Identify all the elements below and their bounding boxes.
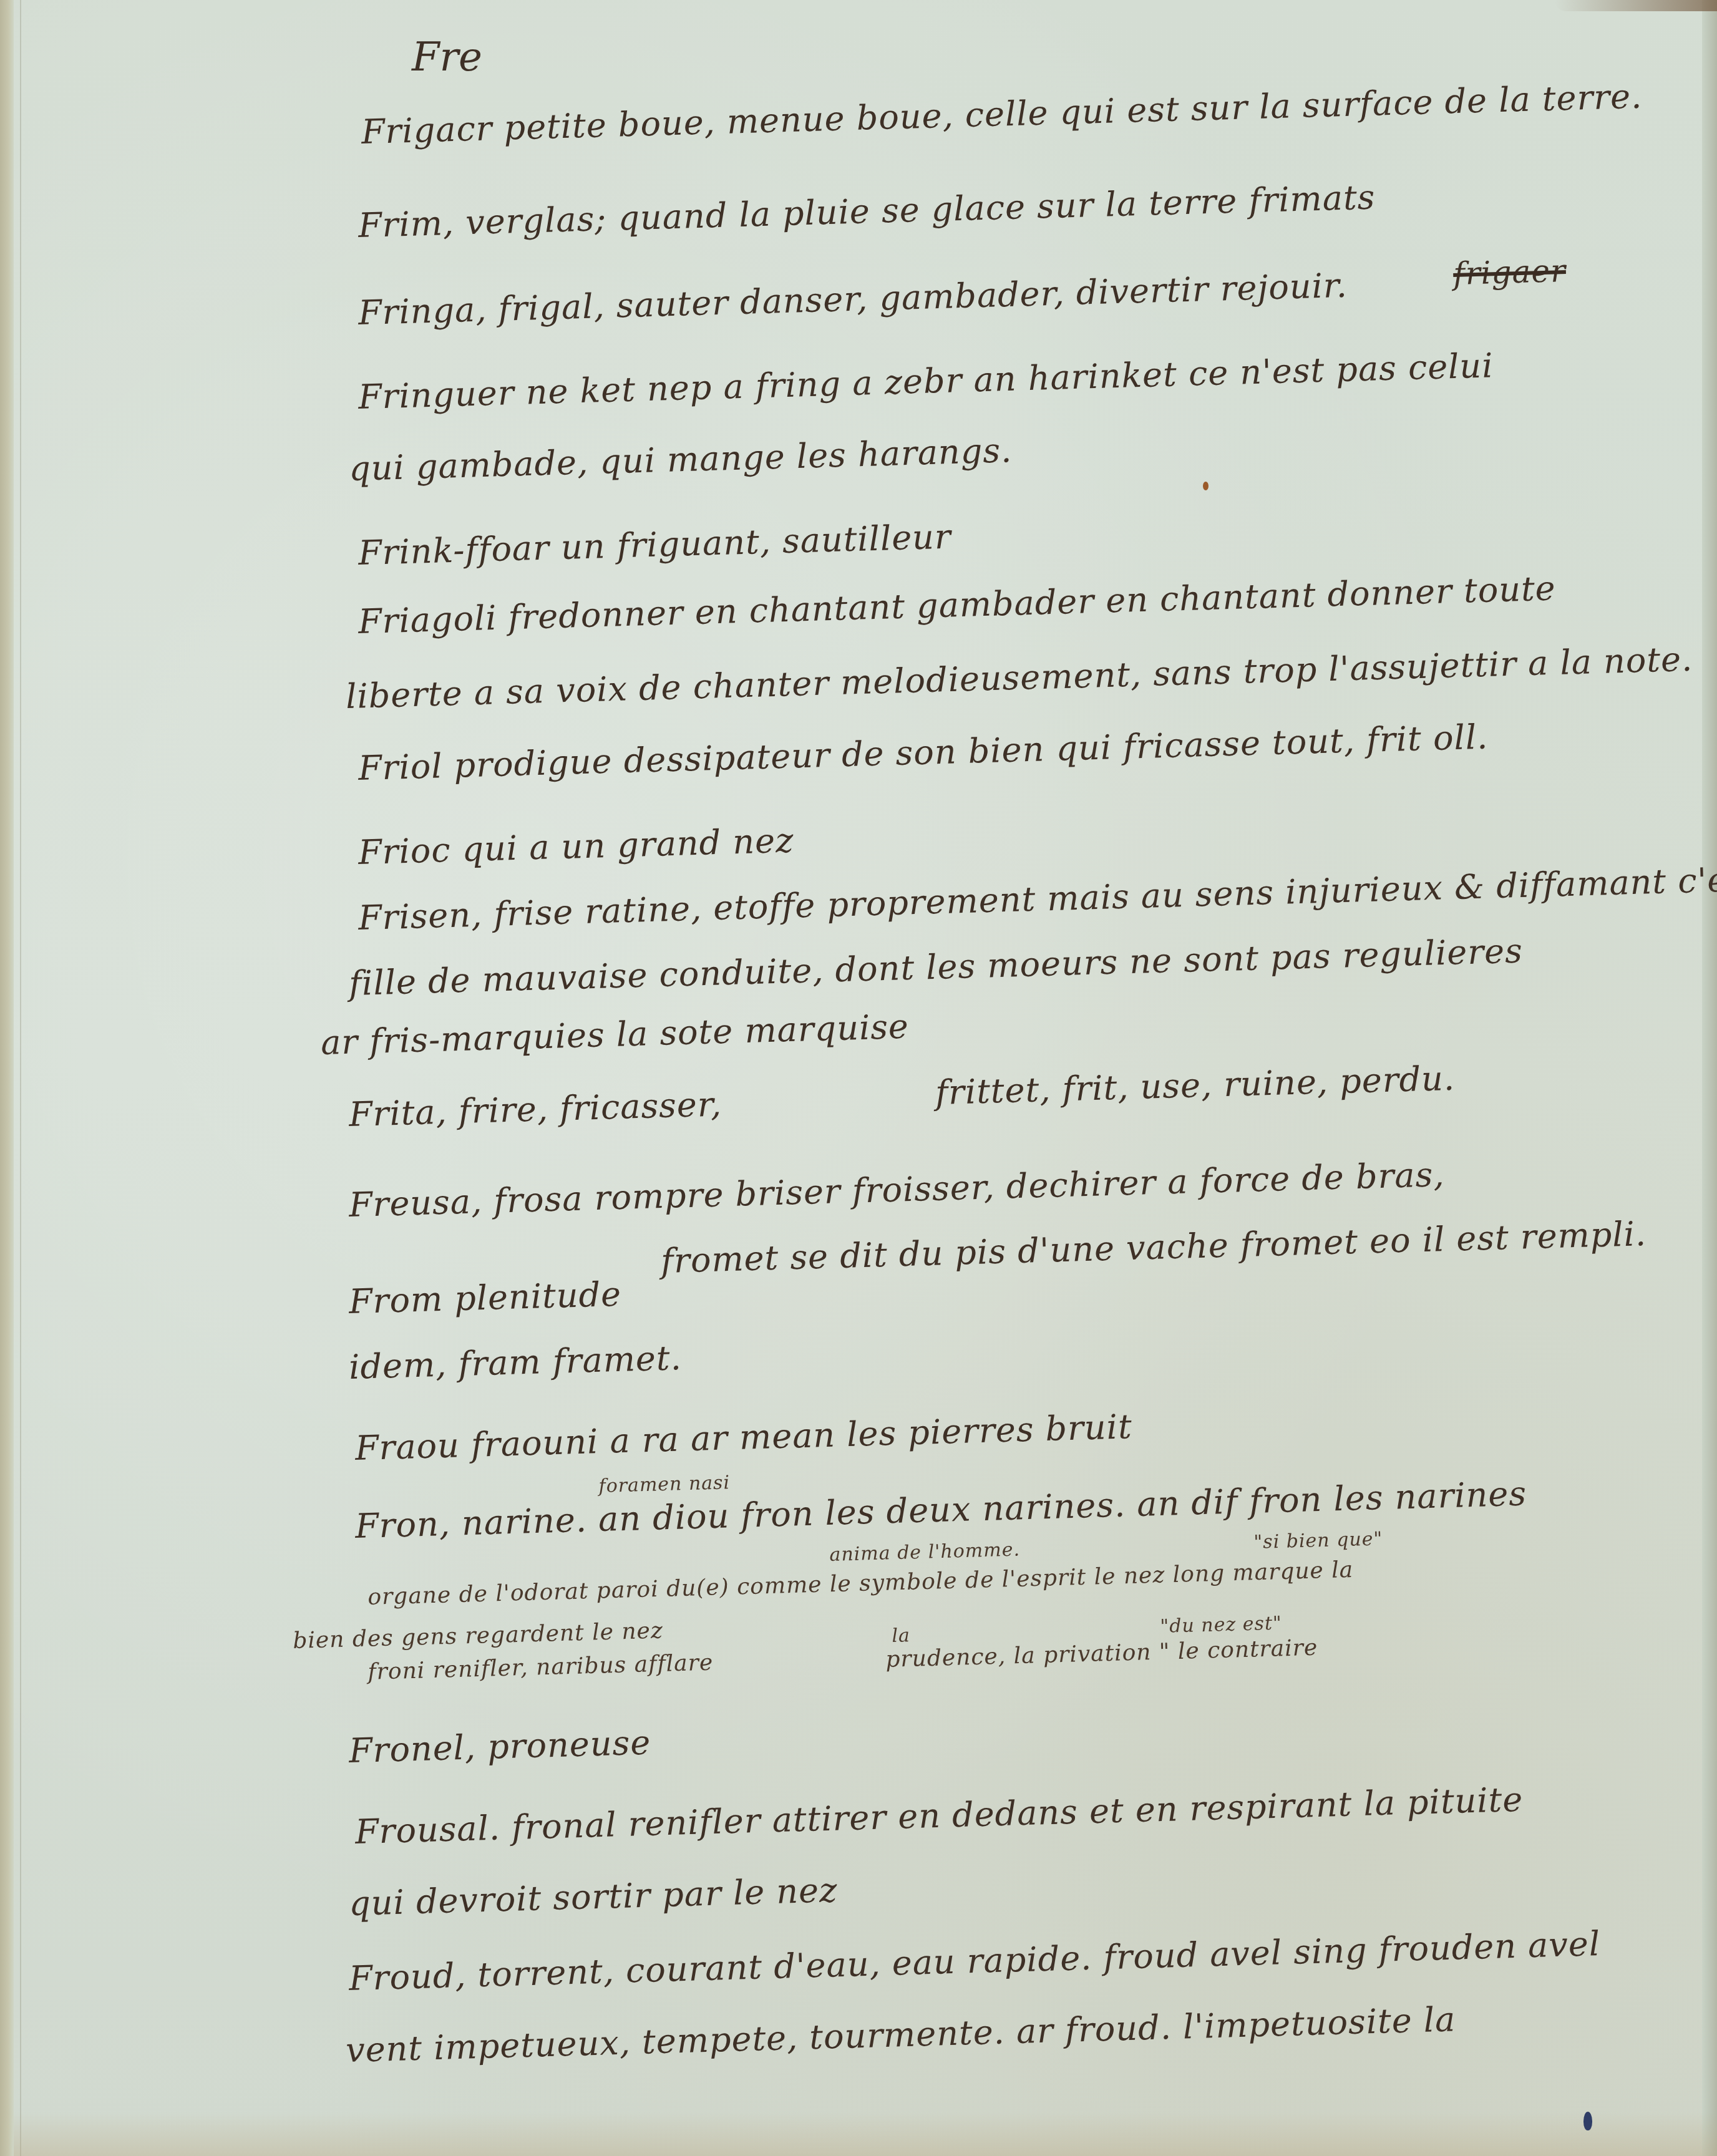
- interlinear-si-bien-que: "si bien que": [1253, 1528, 1383, 1553]
- blue-ink-blot: [1583, 2112, 1592, 2130]
- page-header: Fre: [412, 34, 482, 80]
- brown-ink-spot: [1203, 482, 1209, 490]
- interlinear-la: la: [892, 1624, 910, 1647]
- page-right-edge: [1702, 0, 1717, 2156]
- interlinear-foramen-nasi: foramen nasi: [598, 1472, 731, 1497]
- interlinear-du-nez-est: "du nez est": [1160, 1613, 1282, 1638]
- top-corner-stain: [1555, 0, 1717, 11]
- page-margin-edge: [14, 0, 21, 2156]
- struck-word-frigaer: frigaer: [1452, 253, 1566, 292]
- entry-line-fronel: Fronel, proneuse: [348, 1723, 651, 1770]
- page-binding-edge: [0, 0, 14, 2156]
- bottom-edge-stain: [14, 2112, 1717, 2156]
- entry-line-from: From plenitude: [348, 1275, 622, 1321]
